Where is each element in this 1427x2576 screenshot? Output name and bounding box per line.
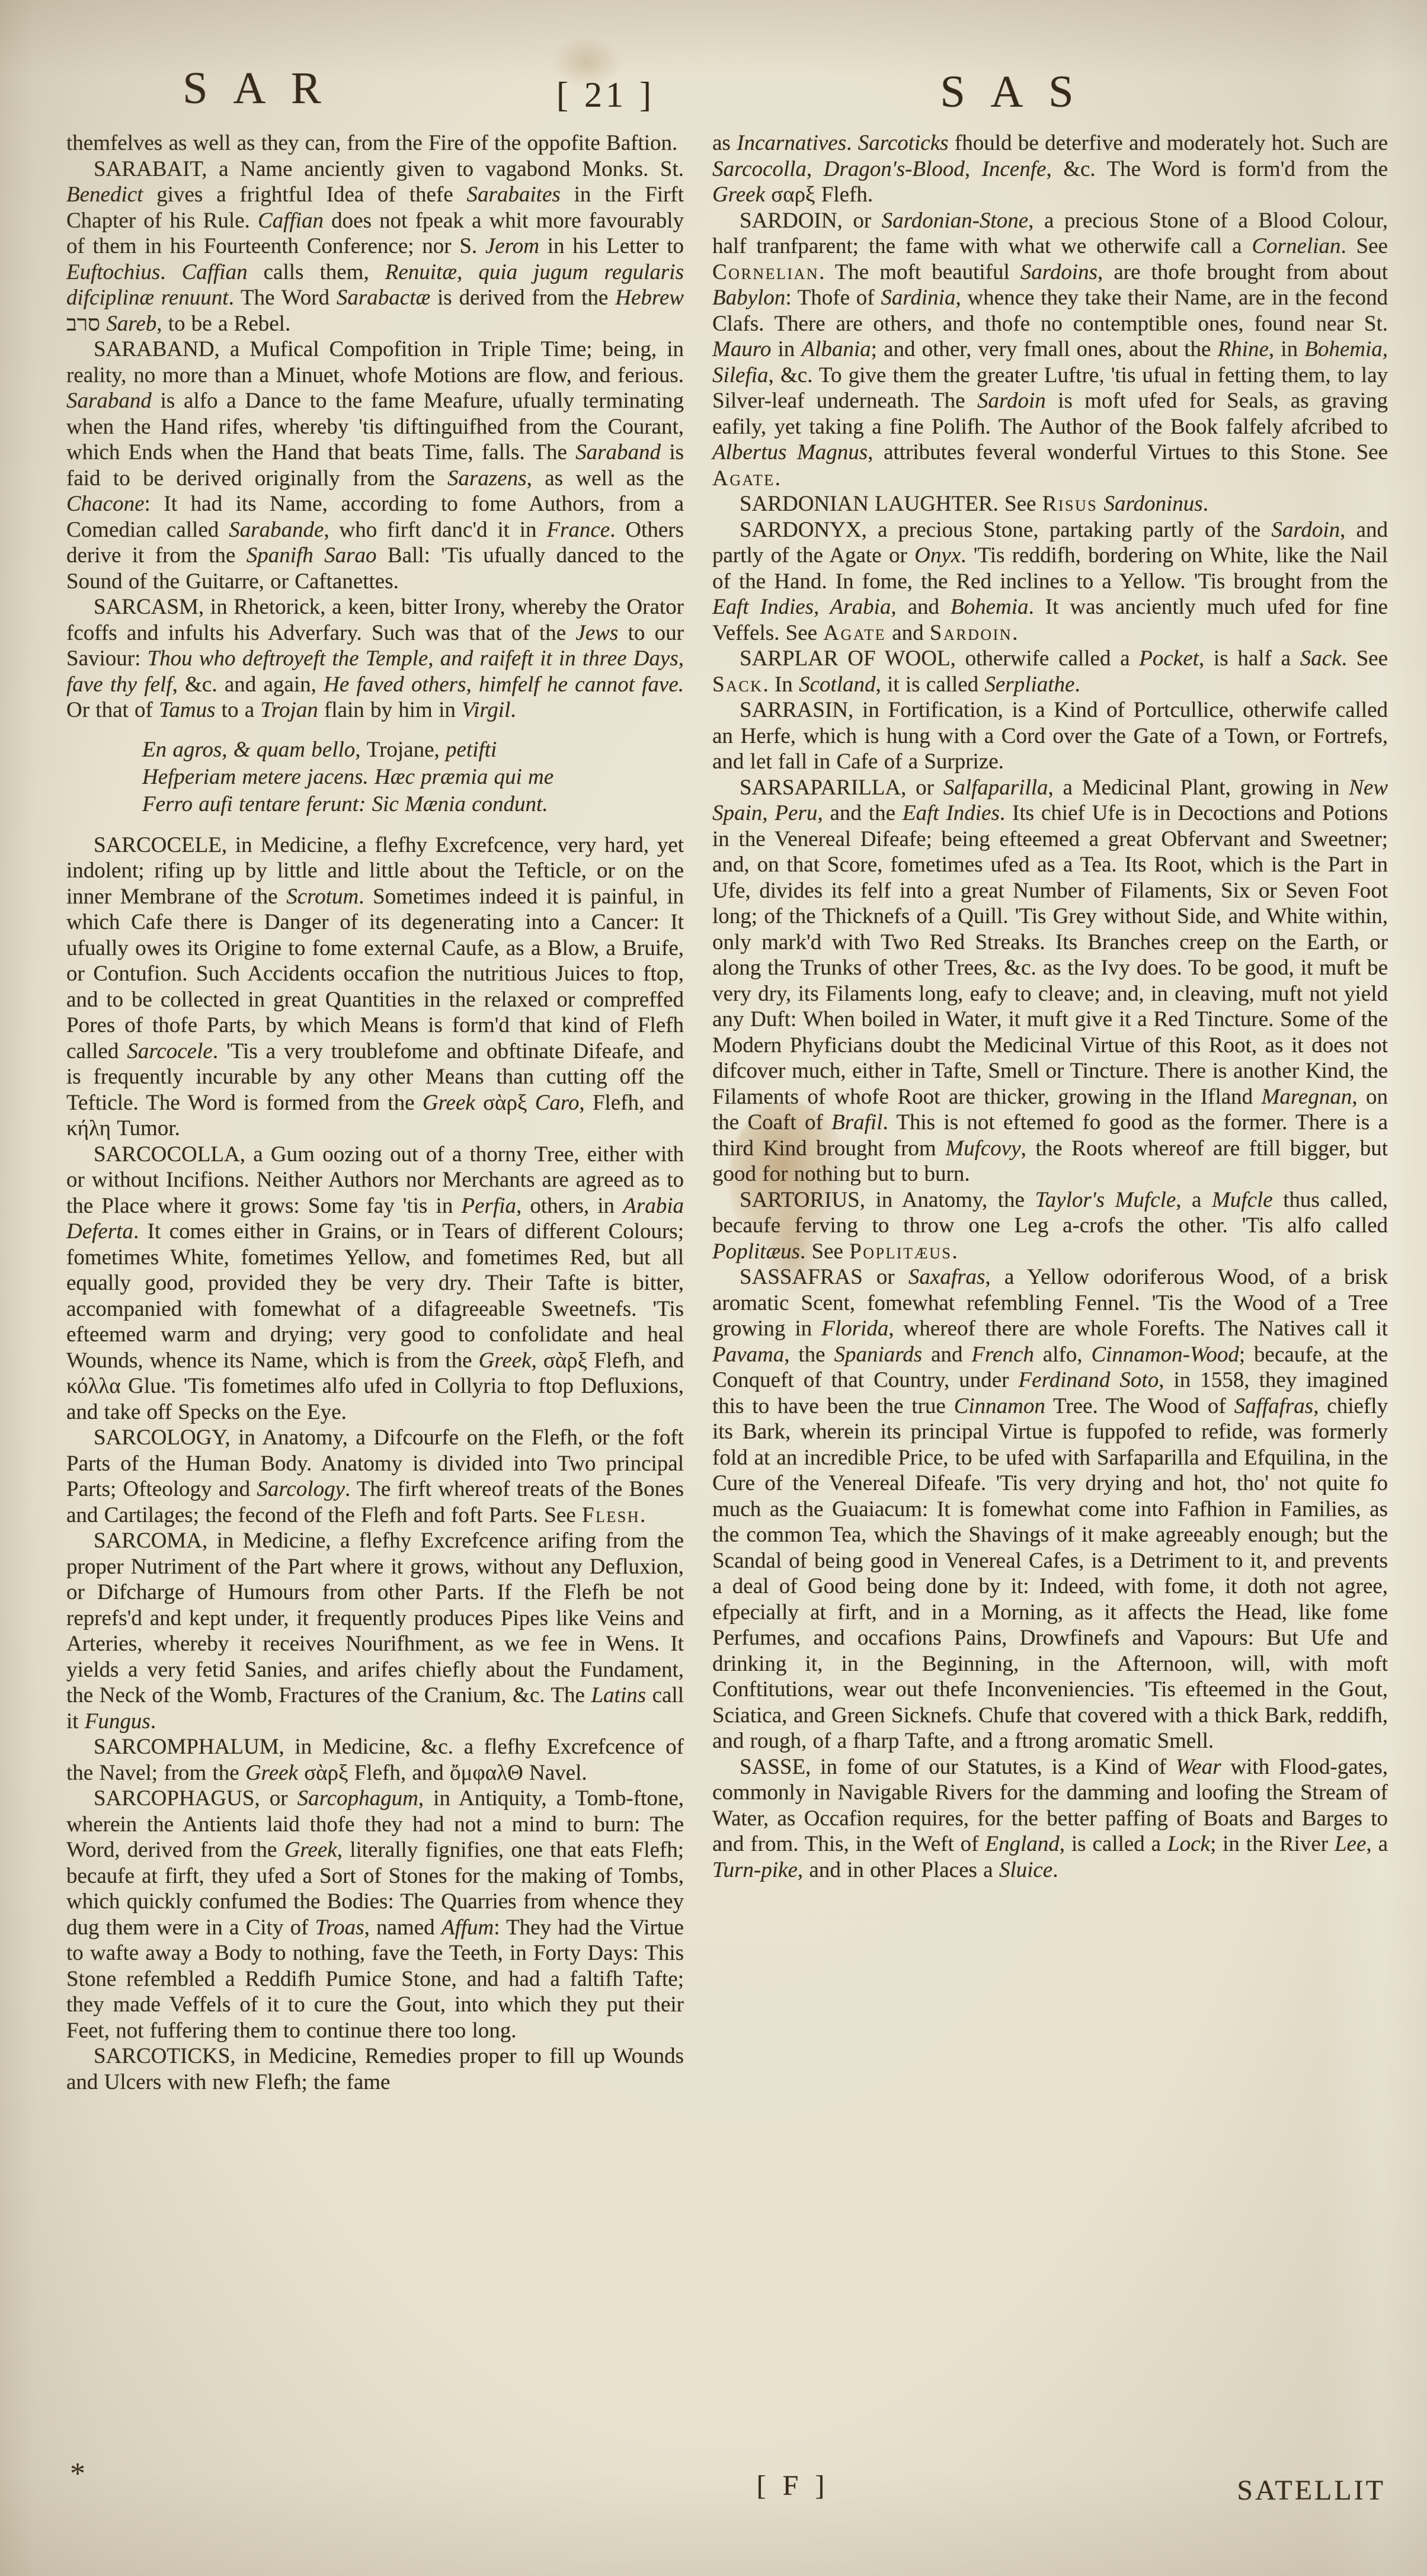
entry-sardoin: SARDOIN, or Sardonian-Stone, a precious … bbox=[712, 208, 1388, 492]
column-left: themfelves as well as they can, from the… bbox=[66, 130, 684, 2095]
signature-mark: [ F ] bbox=[757, 2469, 830, 2502]
entry-sarcophagus: SARCOPHAGUS, or Sarcophagum, in Antiquit… bbox=[66, 1786, 684, 2043]
entry-sarcocolla: SARCOCOLLA, a Gum oozing out of a thorny… bbox=[66, 1142, 684, 1425]
entry-sarcoticks: SARCOTICKS, in Medicine, Remedies proper… bbox=[66, 2043, 684, 2095]
dictionary-page: S A R [ 21 ] S A S themfelves as well as… bbox=[0, 0, 1427, 2576]
verse-line-2: Hefperiam metere jacens. Hæc præmia qui … bbox=[66, 764, 684, 791]
running-head-left: S A R bbox=[183, 63, 329, 114]
entry-sarsaparilla: SARSAPARILLA, or Salfaparilla, a Medicin… bbox=[712, 775, 1388, 1187]
footnote-mark: * bbox=[70, 2456, 85, 2491]
running-head-right: S A S bbox=[940, 66, 1082, 118]
paragraph-continuation-sarcoticks: as Incarnatives. Sarcoticks fhould be de… bbox=[712, 130, 1388, 208]
entry-sarcomphalum: SARCOMPHALUM, in Medicine, &c. a flefhy … bbox=[66, 1734, 684, 1786]
verse-line-3: Ferro aufi tentare ferunt: Sic Mænia con… bbox=[66, 791, 684, 818]
entry-sarcoma: SARCOMA, in Medicine, a flefhy Excrefcen… bbox=[66, 1528, 684, 1734]
paragraph-continuation-bastion: themfelves as well as they can, from the… bbox=[66, 130, 684, 156]
entry-sarplar-of-wool: SARPLAR OF WOOL, otherwife called a Pock… bbox=[712, 646, 1388, 697]
column-right: as Incarnatives. Sarcoticks fhould be de… bbox=[712, 130, 1388, 1883]
entry-sarcocele: SARCOCELE, in Medicine, a flefhy Excrefc… bbox=[66, 832, 684, 1142]
entry-sasse: SASSE, in fome of our Statutes, is a Kin… bbox=[712, 1754, 1388, 1883]
entry-sarcasm: SARCASM, in Rhetorick, a keen, bitter Ir… bbox=[66, 594, 684, 723]
entry-sarrasin: SARRASIN, in Fortification, is a Kind of… bbox=[712, 697, 1388, 775]
verse-line-1: En agros, & quam bello, Trojane, petifti bbox=[66, 736, 684, 764]
entry-sardonyx: SARDONYX, a precious Stone, partaking pa… bbox=[712, 517, 1388, 646]
page-number: [ 21 ] bbox=[556, 75, 655, 116]
entry-sassafras: SASSAFRAS or Saxafras, a Yellow odorifer… bbox=[712, 1264, 1388, 1754]
catchword: SATELLIT bbox=[1237, 2474, 1386, 2507]
entry-sartorius: SARTORIUS, in Anatomy, the Taylor's Mufc… bbox=[712, 1187, 1388, 1265]
entry-sardonian-laughter: SARDONIAN LAUGHTER. See Risus Sardoninus… bbox=[712, 491, 1388, 517]
entry-saraband: SARABAND, a Mufical Compofition in Tripl… bbox=[66, 337, 684, 594]
entry-sarabait: SARABAIT, a Name anciently given to vaga… bbox=[66, 156, 684, 337]
entry-sarcology: SARCOLOGY, in Anatomy, a Difcourfe on th… bbox=[66, 1425, 684, 1528]
